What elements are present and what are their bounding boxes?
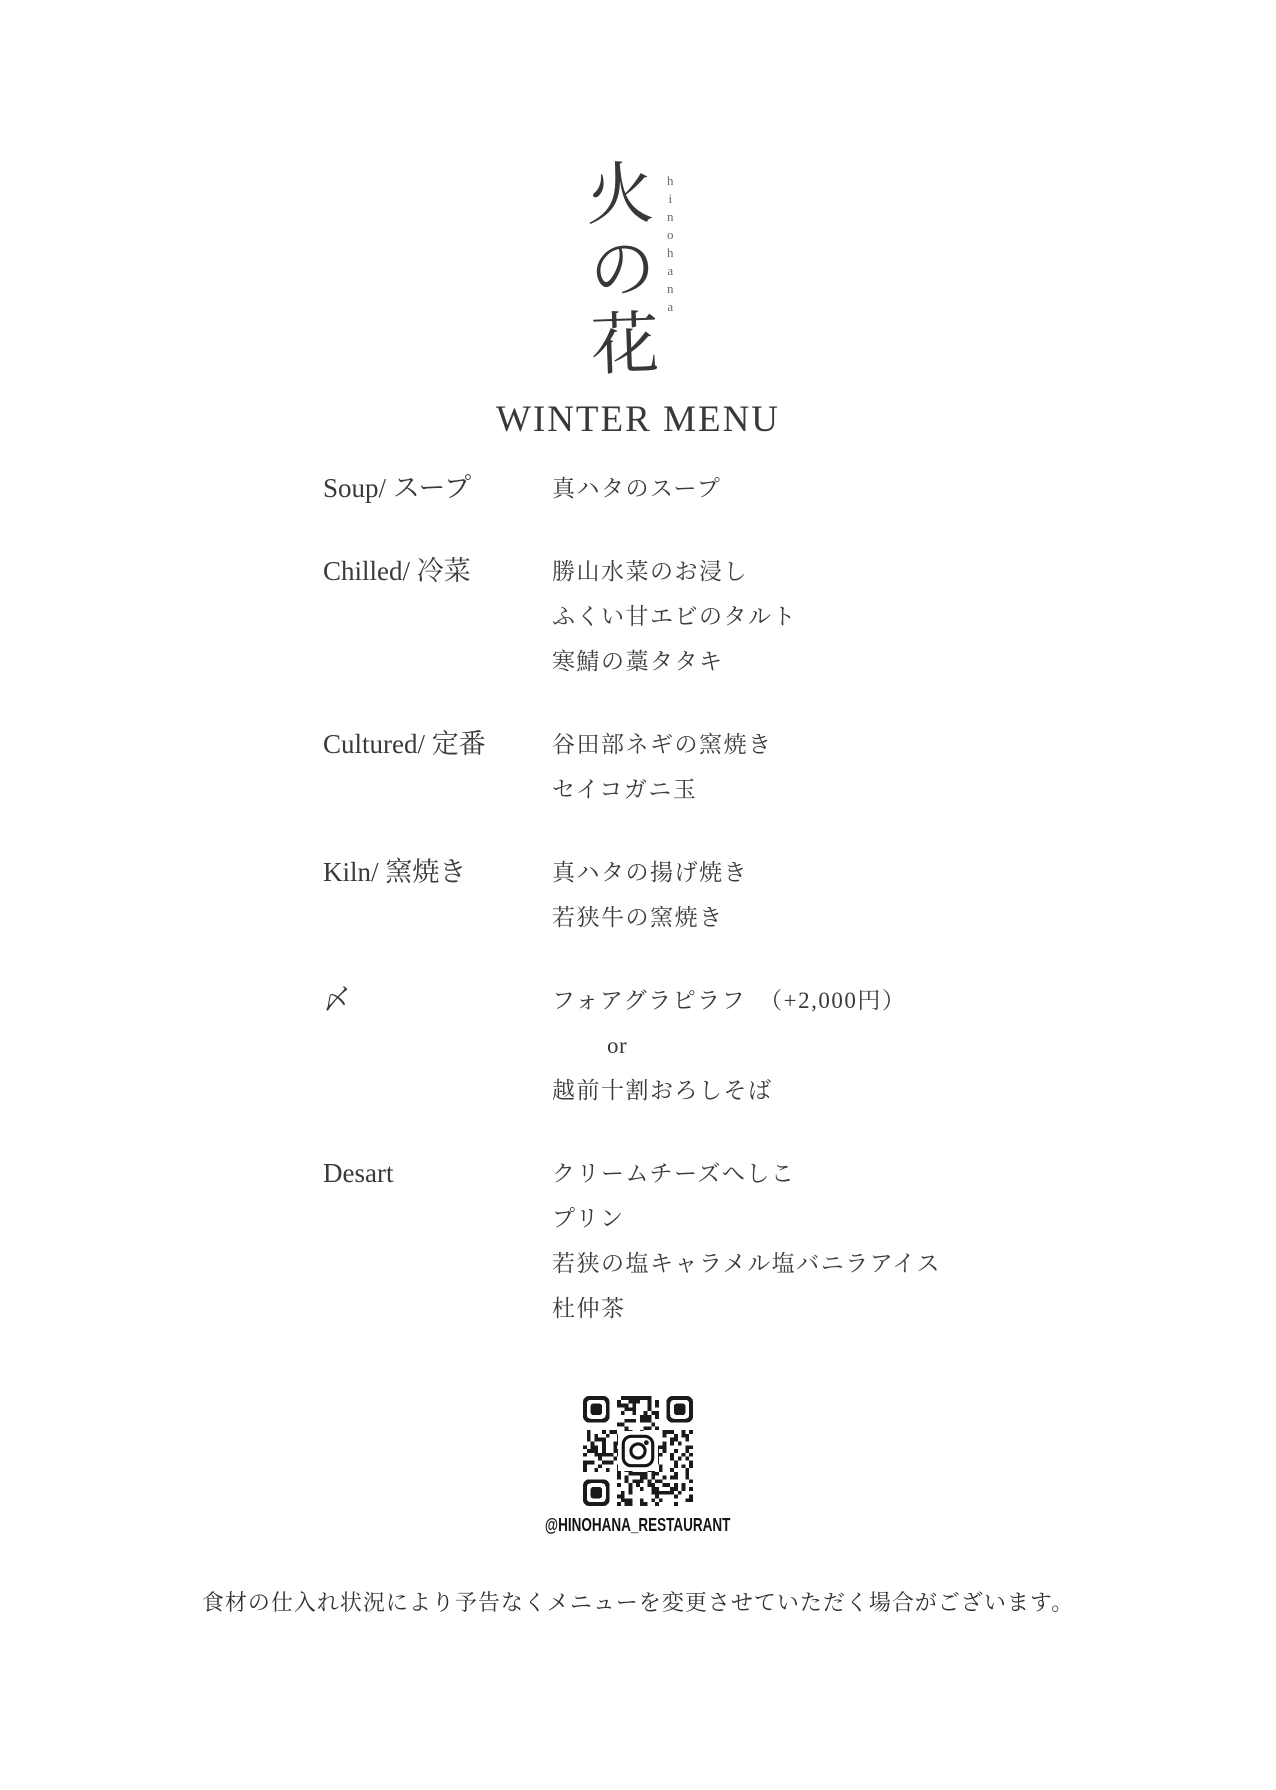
logo-romaji-letter: a <box>667 300 674 313</box>
item-list-desart: クリームチーズへしこプリン若狭の塩キャラメル塩バニラアイス杜仲茶 <box>552 1151 941 1331</box>
menu-item: 若狭牛の窯焼き <box>552 895 748 940</box>
instagram-handle-text: @HINOHANA_RESTAURANT <box>545 1515 730 1536</box>
menu-item: 真ハタの揚げ焼き <box>552 850 748 895</box>
menu-item: or <box>552 1023 906 1068</box>
category-label-desart: Desart <box>323 1151 552 1196</box>
instagram-qr-code <box>583 1396 693 1506</box>
menu-section-shime: 〆フォアグラピラフ （+2,000円）or越前十割おろしそば <box>323 978 1123 1113</box>
menu-item: ふくい甘エビのタルト <box>552 594 797 639</box>
category-label-shime: 〆 <box>323 978 552 1023</box>
logo-romaji-letter: o <box>667 228 674 241</box>
category-label-chilled: Chilled/ 冷菜 <box>323 549 552 594</box>
menu-item: プリン <box>552 1196 941 1241</box>
menu-item: 真ハタのスープ <box>552 466 721 511</box>
menu-item: 谷田部ネギの窯焼き <box>552 722 773 767</box>
menu-item: 若狭の塩キャラメル塩バニラアイス <box>552 1241 941 1286</box>
logo-romaji-letter: n <box>667 282 674 295</box>
logo-romaji-letter: n <box>667 210 674 223</box>
menu-section-soup: Soup/ スープ真ハタのスープ <box>323 466 1123 511</box>
logo-romaji-letter: h <box>667 246 674 259</box>
logo-romaji-vertical: hinohana <box>667 174 674 313</box>
menu-section-kiln: Kiln/ 窯焼き真ハタの揚げ焼き若狭牛の窯焼き <box>323 850 1123 940</box>
instagram-handle: @HINOHANA_RESTAURANT <box>514 1515 761 1536</box>
item-list-cultured: 谷田部ネギの窯焼きセイコガニ玉 <box>552 722 773 812</box>
menu-item: 越前十割おろしそば <box>552 1068 906 1113</box>
item-list-kiln: 真ハタの揚げ焼き若狭牛の窯焼き <box>552 850 748 940</box>
menu-section-cultured: Cultured/ 定番谷田部ネギの窯焼きセイコガニ玉 <box>323 722 1123 812</box>
restaurant-logo: 火の花 hinohana <box>583 158 703 398</box>
menu-item: 勝山水菜のお浸し <box>552 549 797 594</box>
logo-romaji-letter: a <box>667 264 674 277</box>
logo-romaji-letter: i <box>667 192 674 205</box>
instagram-icon <box>618 1431 658 1471</box>
footer-note: 食材の仕入れ状況により予告なくメニューを変更させていただく場合がございます。 <box>0 1586 1276 1617</box>
logo-romaji-letter: h <box>667 174 674 187</box>
menu-item: 寒鯖の藁タタキ <box>552 639 797 684</box>
menu-item: フォアグラピラフ （+2,000円） <box>552 978 906 1023</box>
menu-item: セイコガニ玉 <box>552 767 773 812</box>
menu-section-chilled: Chilled/ 冷菜勝山水菜のお浸しふくい甘エビのタルト寒鯖の藁タタキ <box>323 549 1123 684</box>
menu-section-desart: Desartクリームチーズへしこプリン若狭の塩キャラメル塩バニラアイス杜仲茶 <box>323 1151 1123 1331</box>
menu-sections: Soup/ スープ真ハタのスープChilled/ 冷菜勝山水菜のお浸しふくい甘エ… <box>323 466 1123 1369</box>
category-label-soup: Soup/ スープ <box>323 466 552 511</box>
social-block: @HINOHANA_RESTAURANT <box>0 1396 1276 1536</box>
category-label-cultured: Cultured/ 定番 <box>323 722 552 767</box>
category-label-kiln: Kiln/ 窯焼き <box>323 850 552 895</box>
menu-page: 火の花 hinohana WINTER MENU Soup/ スープ真ハタのスー… <box>0 0 1276 1790</box>
logo-kanji-calligraphy: 火の花 <box>579 157 655 384</box>
item-list-soup: 真ハタのスープ <box>552 466 721 511</box>
page-title: WINTER MENU <box>0 398 1276 441</box>
item-list-chilled: 勝山水菜のお浸しふくい甘エビのタルト寒鯖の藁タタキ <box>552 549 797 684</box>
menu-item: クリームチーズへしこ <box>552 1151 941 1196</box>
menu-item: 杜仲茶 <box>552 1286 941 1331</box>
item-list-shime: フォアグラピラフ （+2,000円）or越前十割おろしそば <box>552 978 906 1113</box>
